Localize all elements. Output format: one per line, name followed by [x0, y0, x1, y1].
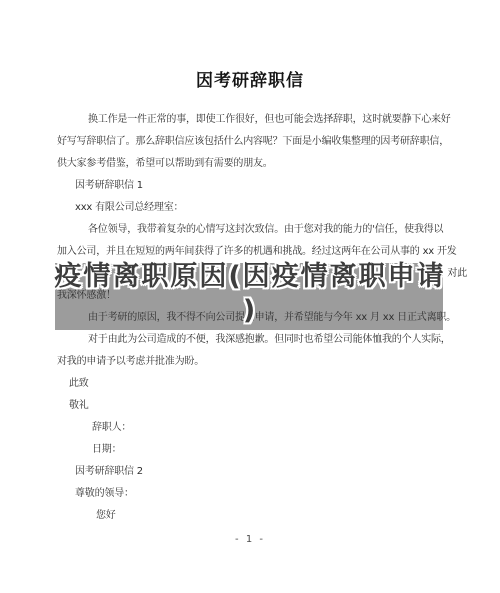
- document-line: 好写写辞职信了。那么辞职信应该包括什么内容呢？下面是小编收集整理的因考研辞职信，: [57, 131, 443, 153]
- watermark-title-line1: 疫情离职原因(因疫情离职申请: [40, 260, 460, 294]
- document-line: 供大家参考借鉴，希望可以帮助到有需要的朋友。: [57, 153, 443, 175]
- watermark-title-line2: ): [40, 294, 460, 328]
- document-line: 对我的申请予以考虑并批准为盼。: [57, 351, 443, 373]
- document-page: 因考研辞职信 换工作是一件正常的事，即使工作很好，但也可能会选择辞职，这时就要静…: [0, 0, 500, 593]
- document-line: 因考研辞职信 2: [57, 461, 443, 483]
- document-line: 您好: [57, 505, 443, 527]
- document-line: 尊敬的领导：: [57, 483, 443, 505]
- document-line: 辞职人：: [57, 417, 443, 439]
- document-title: 因考研辞职信: [0, 66, 500, 91]
- document-line: 各位领导，我带着复杂的心情写这封次致信。由于您对我的能力的'信任，使我得以: [57, 219, 443, 241]
- document-line: 日期：: [57, 439, 443, 461]
- document-line: xxx 有限公司总经理室：: [57, 197, 443, 219]
- document-line: 此致: [57, 373, 443, 395]
- document-line: 对于由此为公司造成的不便，我深感抱歉。但同时也希望公司能体恤我的个人实际，: [57, 329, 443, 351]
- page-number: - 1 -: [0, 534, 500, 545]
- watermark-overlay-title: 疫情离职原因(因疫情离职申请 ): [40, 260, 460, 328]
- document-line: 因考研辞职信 1: [57, 175, 443, 197]
- document-line: 敬礼: [57, 395, 443, 417]
- document-line: 换工作是一件正常的事，即使工作很好，但也可能会选择辞职，这时就要静下心来好: [57, 109, 443, 131]
